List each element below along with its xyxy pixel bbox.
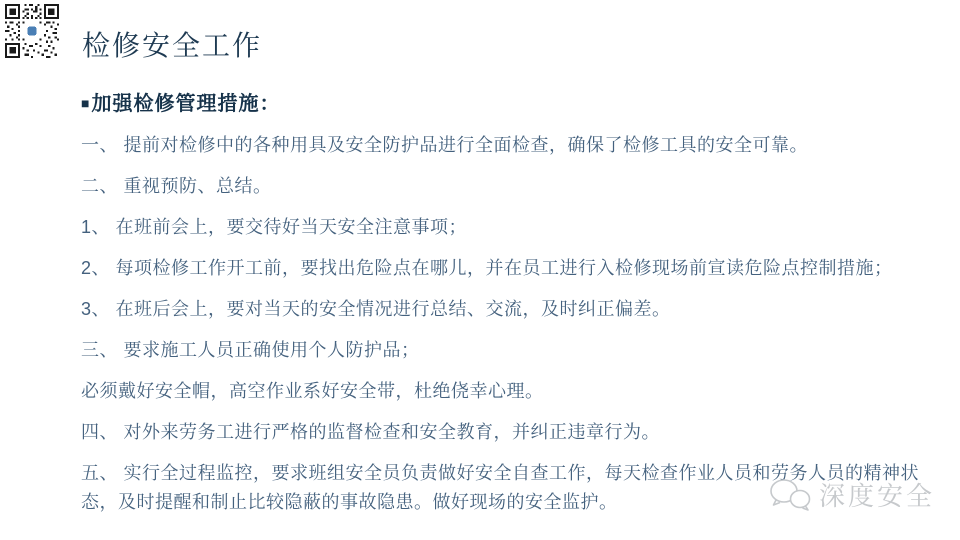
paragraph-2: 二、 重视预防、总结。 <box>81 172 926 201</box>
paragraph-7: 必须戴好安全帽，高空作业系好安全带，杜绝侥幸心理。 <box>81 377 926 406</box>
section-heading: ■加强检修管理措施： <box>81 92 926 115</box>
paragraph-6: 三、 要求施工人员正确使用个人防护品； <box>81 336 926 365</box>
slide-body: ■加强检修管理措施： 一、 提前对检修中的各种用具及安全防护品进行全面检查，确保… <box>81 92 926 529</box>
paragraph-5: 3、 在班后会上，要对当天的安全情况进行总结、交流，及时纠正偏差。 <box>81 295 926 324</box>
section-heading-text: 加强检修管理措施： <box>91 93 280 115</box>
paragraph-3: 1、 在班前会上，要交待好当天安全注意事项； <box>81 213 926 242</box>
presentation-slide: 检修安全工作 ■加强检修管理措施： 一、 提前对检修中的各种用具及安全防护品进行… <box>0 0 960 540</box>
watermark: 深度安全 <box>769 476 935 513</box>
wechat-logo-icon <box>769 478 811 512</box>
paragraph-8: 四、 对外来劳务工进行严格的监督检查和安全教育，并纠正违章行为。 <box>81 418 926 447</box>
paragraph-4: 2、 每项检修工作开工前，要找出危险点在哪儿，并在员工进行入检修现场前宣读危险点… <box>81 254 926 283</box>
slide-title: 检修安全工作 <box>82 24 262 64</box>
paragraph-1: 一、 提前对检修中的各种用具及安全防护品进行全面检查，确保了检修工具的安全可靠。 <box>81 131 926 160</box>
square-bullet-icon: ■ <box>81 95 90 111</box>
watermark-text: 深度安全 <box>819 476 935 513</box>
qr-code <box>5 4 59 58</box>
